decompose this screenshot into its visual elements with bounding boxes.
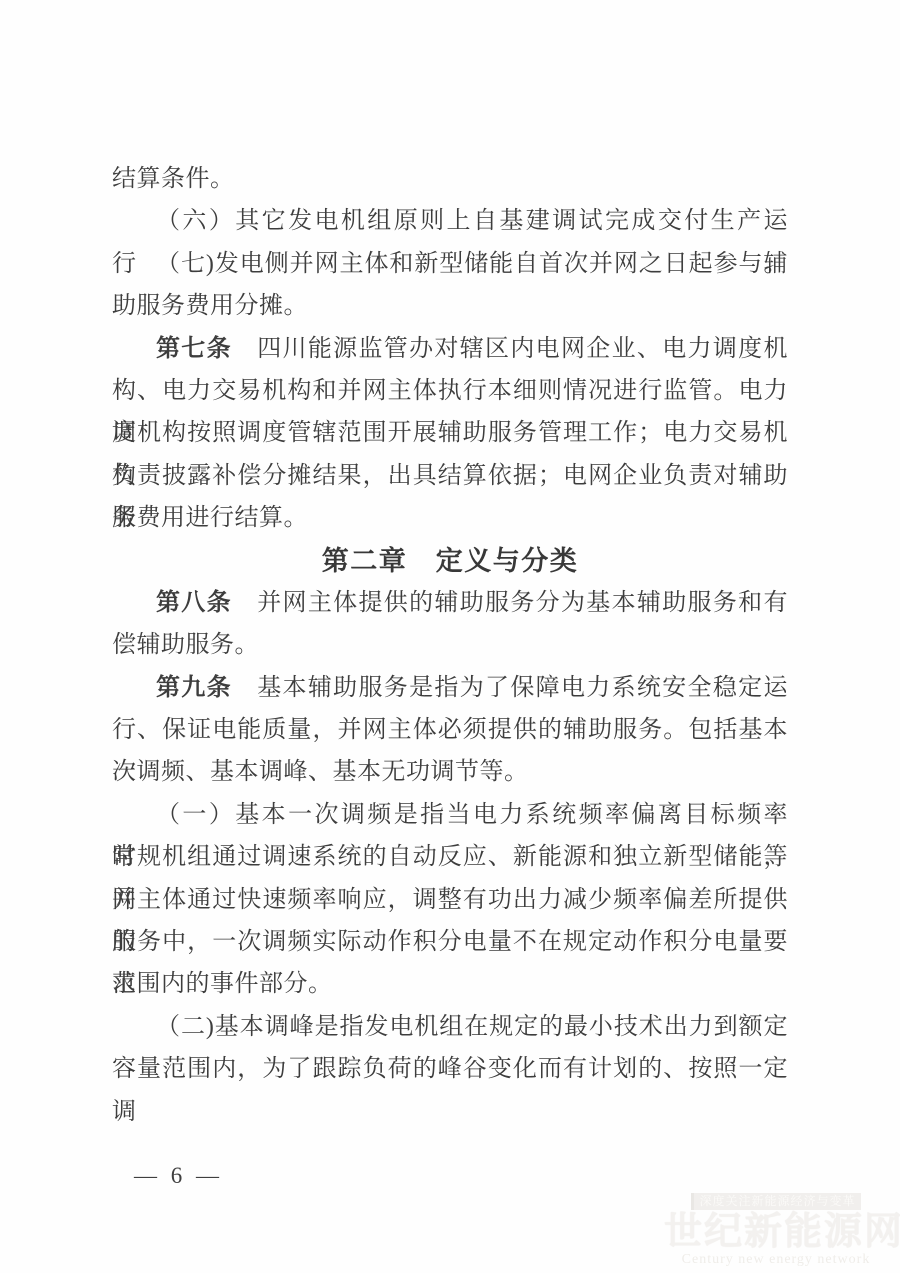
watermark-slogan-badge: 深度关注新能源经济与变革 [691,1193,860,1210]
text-line: 容量范围内，为了跟踪负荷的峰谷变化而有计划的、按照一定调 [112,1048,788,1090]
article-label: 第八条 [156,589,232,616]
page-number: — 6 — [134,1163,223,1188]
watermark-site-name-english: Century new energy network [664,1252,888,1267]
document-page: 结算条件。 （六）其它发电机组原则上自基建调试完成交付生产运行。 （七)发电侧并… [0,0,900,1273]
text-line: （一）基本一次调频是指当电力系统频率偏离目标频率时， [112,794,788,836]
text-line: 助服务费用分摊。 [112,285,788,327]
text-line: 构、电力交易机构和并网主体执行本细则情况进行监管。电力调 [112,370,788,412]
chapter-heading-text: 第二章 定义与分类 [322,546,579,576]
text-line: 常规机组通过调速系统的自动反应、新能源和独立新型储能等并 [112,836,788,878]
watermark-site-name: 世纪新能源网 [664,1212,888,1252]
line-text: （七)发电侧并网主体和新型储能自首次并网之日起参与辅 [156,251,788,277]
text-line: 次调频、基本调峰、基本无功调节等。 [112,751,788,793]
article-label: 第九条 [156,674,232,701]
text-line: 负责披露补偿分摊结果，出具结算依据；电网企业负责对辅助服 [112,455,788,497]
article-label: 第七条 [156,335,232,362]
line-text: 务费用进行结算。 [112,505,308,531]
line-text: 偿辅助服务。 [112,632,259,658]
text-line: 服务中，一次调频实际动作积分电量不在规定动作积分电量要求 [112,921,788,963]
text-line: 第九条 基本辅助服务是指为了保障电力系统安全稳定运 [112,667,788,709]
line-text: 次调频、基本调峰、基本无功调节等。 [112,759,529,785]
line-text: 结算条件。 [112,166,235,192]
chapter-heading: 第二章 定义与分类 [112,540,788,582]
text-line: 第八条 并网主体提供的辅助服务分为基本辅助服务和有 [112,582,788,624]
page-footer: — 6 — [134,1163,223,1189]
text-line: 行、保证电能质量，并网主体必须提供的辅助服务。包括基本一 [112,709,788,751]
text-line: 网主体通过快速频率响应，调整有功出力减少频率偏差所提供的 [112,879,788,921]
line-text: （二)基本调峰是指发电机组在规定的最小技术出力到额定 [156,1014,788,1040]
text-line: 范围内的事件部分。 [112,963,788,1005]
text-line: 结算条件。 [112,158,788,200]
text-line: （六）其它发电机组原则上自基建调试完成交付生产运行。 [112,200,788,242]
text-line: 度机构按照调度管辖范围开展辅助服务管理工作；电力交易机构 [112,412,788,454]
document-content: 结算条件。 （六）其它发电机组原则上自基建调试完成交付生产运行。 （七)发电侧并… [112,158,788,1091]
text-line: 第七条 四川能源监管办对辖区内电网企业、电力调度机 [112,328,788,370]
line-text: 范围内的事件部分。 [112,971,333,997]
line-text: 助服务费用分摊。 [112,293,308,319]
text-line: （七)发电侧并网主体和新型储能自首次并网之日起参与辅 [112,243,788,285]
line-text: 并网主体提供的辅助服务分为基本辅助服务和有 [232,590,788,616]
line-text: 容量范围内，为了跟踪负荷的峰谷变化而有计划的、按照一定调 [112,1056,788,1124]
site-watermark: 深度关注新能源经济与变革 世纪新能源网 Century new energy n… [664,1192,888,1267]
text-line: 偿辅助服务。 [112,624,788,666]
text-line: 务费用进行结算。 [112,497,788,539]
line-text: 四川能源监管办对辖区内电网企业、电力调度机 [232,336,788,362]
line-text: 基本辅助服务是指为了保障电力系统安全稳定运 [232,675,788,701]
text-line: （二)基本调峰是指发电机组在规定的最小技术出力到额定 [112,1006,788,1048]
